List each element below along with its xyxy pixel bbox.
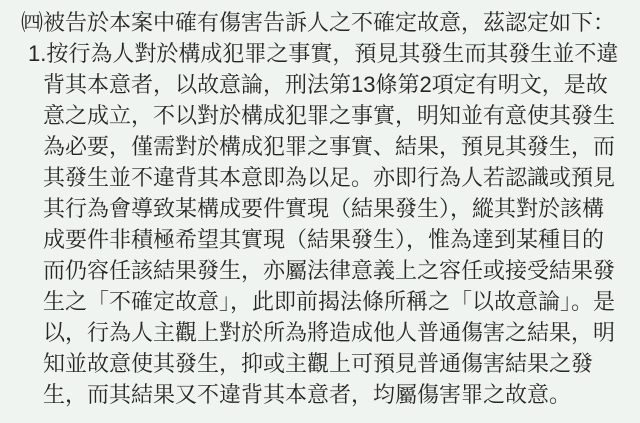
body-text-line: 其發生並不違背其本意即為以足。亦即行為人若認識或預見 (0, 162, 640, 193)
body-text-line: 而仍容任該結果發生，亦屬法律意義上之容任或接受結果發 (0, 255, 640, 286)
body-text-line: 知並故意使其發生，抑或主觀上可預見普通傷害結果之發 (0, 348, 640, 379)
section-heading-line: ㈣被告於本案中確有傷害告訴人之不確定故意，茲認定如下： (0, 7, 640, 38)
body-text-line: 生，而其結果又不違背其本意者，均屬傷害罪之故意。 (0, 379, 640, 410)
body-text-line: 成要件非積極希望其實現（結果發生），惟為達到某種目的 (0, 224, 640, 255)
body-text-line: 背其本意者，以故意論，刑法第13條第2項定有明文，是故 (0, 69, 640, 100)
body-text-line: 生之「不確定故意」，此即前揭法條所稱之「以故意論」。是 (0, 286, 640, 317)
judgment-text-block: ㈣被告於本案中確有傷害告訴人之不確定故意，茲認定如下： 1.按行為人對於構成犯罪… (0, 0, 640, 423)
numbered-item-line: 1.按行為人對於構成犯罪之事實，預見其發生而其發生並不違 (0, 38, 640, 69)
body-text-line: 為必要，僅需對於構成犯罪之事實、結果，預見其發生，而 (0, 131, 640, 162)
screenshot-root: { "page": { "background_color": "#eff4f0… (0, 0, 640, 423)
body-text-line: 以，行為人主觀上對於所為將造成他人普通傷害之結果，明 (0, 317, 640, 348)
body-text-line: 意之成立，不以對於構成犯罪之事實，明知並有意使其發生 (0, 100, 640, 131)
body-text-line: 其行為會導致某構成要件實現（結果發生），縱其對於該構 (0, 193, 640, 224)
